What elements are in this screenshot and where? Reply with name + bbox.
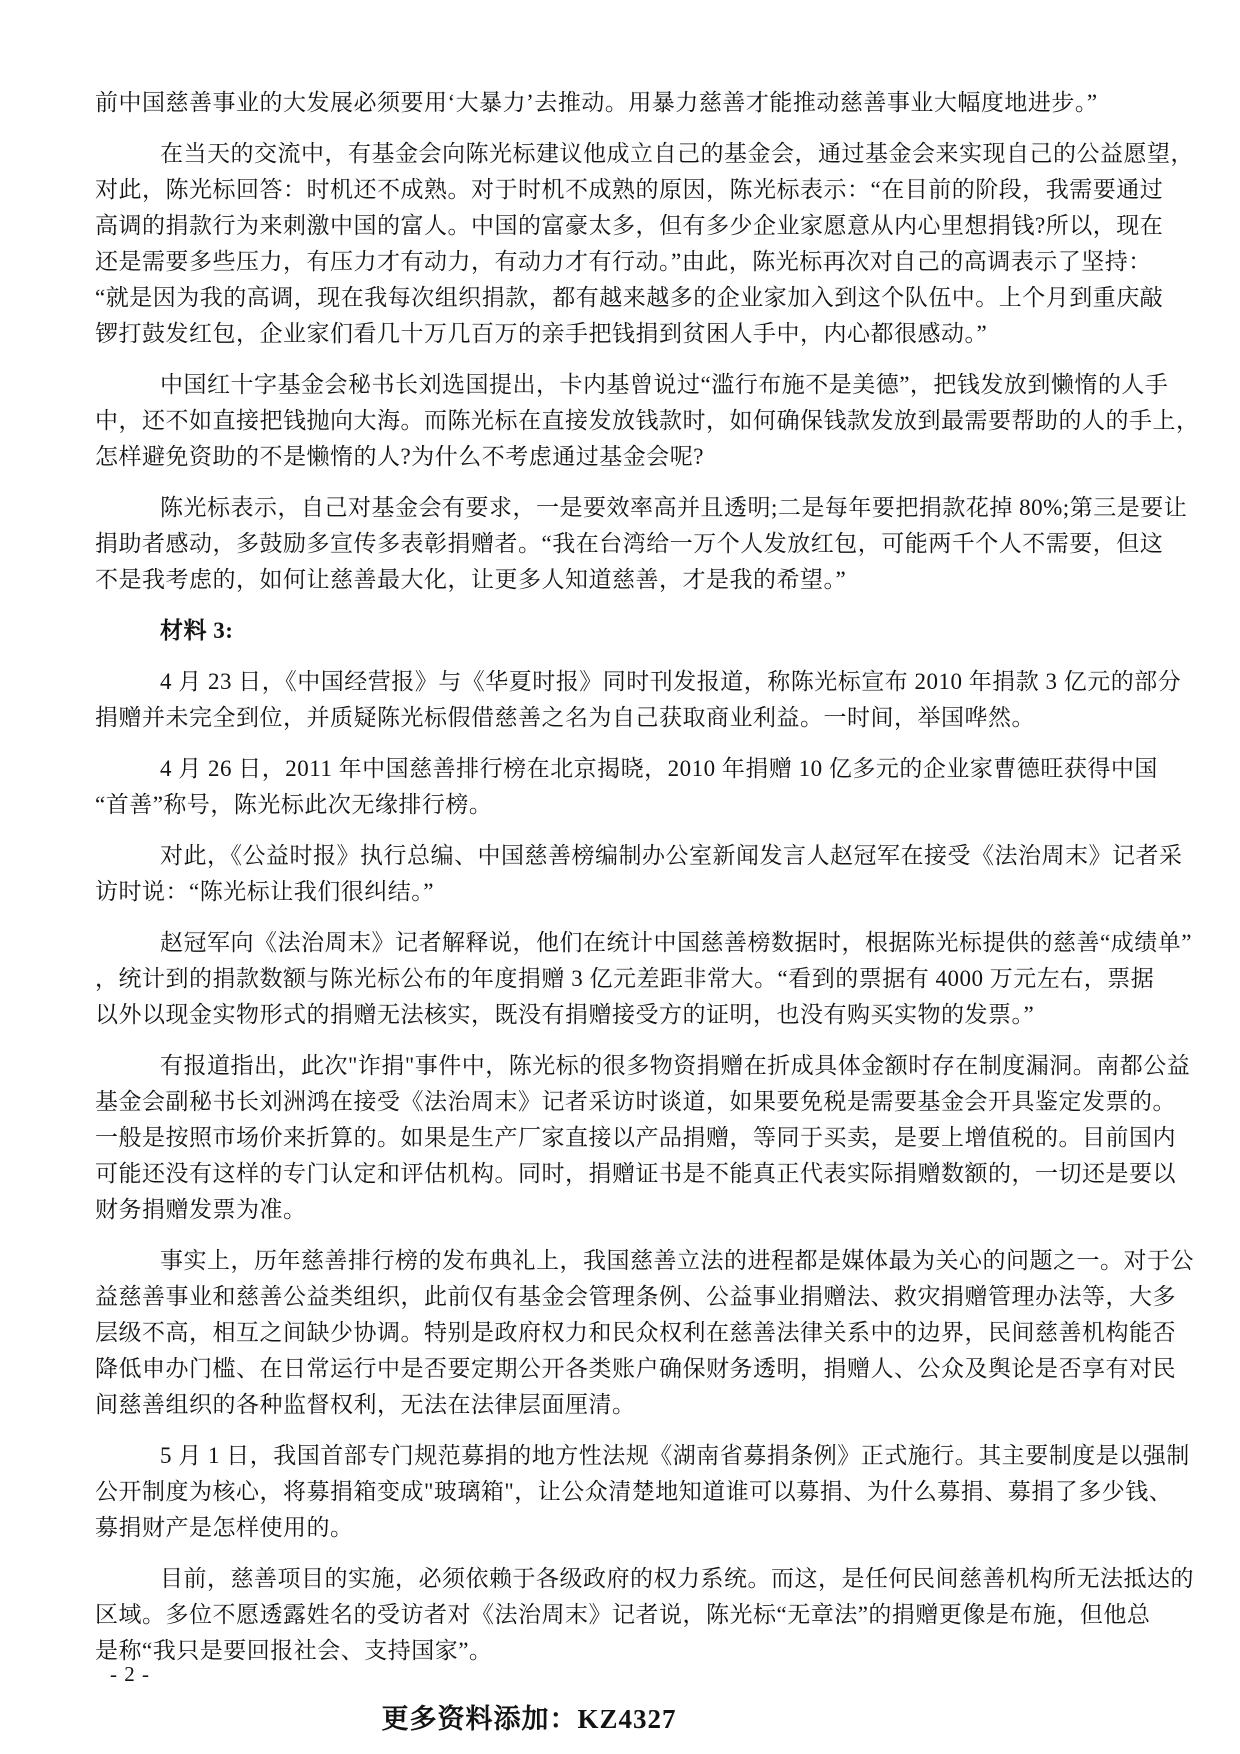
- text-line: 捐助者感动，多鼓励多宣传多表彰捐赠者。“我在台湾给一万个人发放红包，可能两千个人…: [95, 526, 1150, 562]
- text-line: 怎样避免资助的不是懒惰的人?为什么不考虑通过基金会呢?: [95, 439, 1150, 475]
- text-line: 间慈善组织的各种监督权利，无法在法律层面厘清。: [95, 1387, 1150, 1423]
- text-line: 事实上，历年慈善排行榜的发布典礼上，我国慈善立法的进程都是媒体最为关心的问题之一…: [95, 1243, 1150, 1279]
- text-line: 公开制度为核心，将募捐箱变成"玻璃箱"，让公众清楚地知道谁可以募捐、为什么募捐、…: [95, 1474, 1150, 1510]
- text-line: 陈光标表示，自己对基金会有要求，一是要效率高并且透明;二是每年要把捐款花掉 80…: [95, 490, 1150, 526]
- text-line: 访时说：“陈光标让我们很纠结。”: [95, 874, 1150, 910]
- text-line: 4 月 23 日，《中国经营报》与《华夏时报》同时刊发报道，称陈光标宣布 201…: [95, 664, 1150, 700]
- text-line: 中国红十字基金会秘书长刘选国提出，卡内基曾说过“滥行布施不是美德”，把钱发放到懒…: [95, 367, 1150, 403]
- text-line: 募捐财产是怎样使用的。: [95, 1510, 1150, 1546]
- text-line: 对此，《公益时报》执行总编、中国慈善榜编制办公室新闻发言人赵冠军在接受《法治周末…: [95, 838, 1150, 874]
- text-line: 一般是按照市场价来折算的。如果是生产厂家直接以产品捐赠，等同于买卖，是要上增值税…: [95, 1120, 1150, 1156]
- text-line: “就是因为我的高调，现在我每次组织捐款，都有越来越多的企业家加入到这个队伍中。上…: [95, 280, 1150, 316]
- text-line: 可能还没有这样的专门认定和评估机构。同时，捐赠证书是不能真正代表实际捐赠数额的，…: [95, 1156, 1150, 1192]
- text-line: 4 月 26 日，2011 年中国慈善排行榜在北京揭晓，2010 年捐赠 10 …: [95, 751, 1150, 787]
- text-line: 有报道指出，此次"诈捐"事件中，陈光标的很多物资捐赠在折成具体金额时存在制度漏洞…: [95, 1048, 1150, 1084]
- text-line: 在当天的交流中，有基金会向陈光标建议他成立自己的基金会，通过基金会来实现自己的公…: [95, 136, 1150, 172]
- paragraph: 5 月 1 日，我国首部专门规范募捐的地方性法规《湖南省募捐条例》正式施行。其主…: [95, 1438, 1150, 1546]
- text-line: 目前，慈善项目的实施，必须依赖于各级政府的权力系统。而这，是任何民间慈善机构所无…: [95, 1561, 1150, 1597]
- paragraph: 有报道指出，此次"诈捐"事件中，陈光标的很多物资捐赠在折成具体金额时存在制度漏洞…: [95, 1048, 1150, 1228]
- promo-footer: 更多资料添加：KZ4327: [0, 1703, 1058, 1735]
- text-line: 赵冠军向《法治周末》记者解释说，他们在统计中国慈善榜数据时，根据陈光标提供的慈善…: [95, 925, 1150, 961]
- page-number: - 2 -: [110, 1662, 150, 1686]
- text-line: 以外以现金实物形式的捐赠无法核实，既没有捐赠接受方的证明，也没有购买实物的发票。…: [95, 997, 1150, 1033]
- text-line: 捐赠并未完全到位，并质疑陈光标假借慈善之名为自己获取商业利益。一时间，举国哗然。: [95, 700, 1150, 736]
- text-line: 5 月 1 日，我国首部专门规范募捐的地方性法规《湖南省募捐条例》正式施行。其主…: [95, 1438, 1150, 1474]
- text-line: 层级不高，相互之间缺少协调。特别是政府权力和民众权利在慈善法律关系中的边界，民间…: [95, 1315, 1150, 1351]
- paragraph: 4 月 23 日，《中国经营报》与《华夏时报》同时刊发报道，称陈光标宣布 201…: [95, 664, 1150, 736]
- paragraph: 目前，慈善项目的实施，必须依赖于各级政府的权力系统。而这，是任何民间慈善机构所无…: [95, 1561, 1150, 1669]
- text-line: 降低申办门槛、在日常运行中是否要定期公开各类账户确保财务透明，捐赠人、公众及舆论…: [95, 1351, 1150, 1387]
- text-line: 材料 3:: [95, 613, 1150, 649]
- text-line: 高调的捐款行为来刺激中国的富人。中国的富豪太多，但有多少企业家愿意从内心里想捐钱…: [95, 208, 1150, 244]
- text-line: “首善”称号，陈光标此次无缘排行榜。: [95, 787, 1150, 823]
- text-line: 还是需要多些压力，有压力才有动力，有动力才有行动。”由此，陈光标再次对自己的高调…: [95, 244, 1150, 280]
- paragraph: 对此，《公益时报》执行总编、中国慈善榜编制办公室新闻发言人赵冠军在接受《法治周末…: [95, 838, 1150, 910]
- section-heading: 材料 3:: [95, 613, 1150, 649]
- text-line: 益慈善事业和慈善公益类组织，此前仅有基金会管理条例、公益事业捐赠法、救灾捐赠管理…: [95, 1279, 1150, 1315]
- text-line: 锣打鼓发红包，企业家们看几十万几百万的亲手把钱捐到贫困人手中，内心都很感动。”: [95, 316, 1150, 352]
- text-line: 基金会副秘书长刘洲鸿在接受《法治周末》记者采访时谈道，如果要免税是需要基金会开具…: [95, 1084, 1150, 1120]
- paragraph: 赵冠军向《法治周末》记者解释说，他们在统计中国慈善榜数据时，根据陈光标提供的慈善…: [95, 925, 1150, 1033]
- text-line: 区域。多位不愿透露姓名的受访者对《法治周末》记者说，陈光标“无章法”的捐赠更像是…: [95, 1597, 1150, 1633]
- paragraph: 陈光标表示，自己对基金会有要求，一是要效率高并且透明;二是每年要把捐款花掉 80…: [95, 490, 1150, 598]
- paragraph: 前中国慈善事业的大发展必须要用‘大暴力’去推动。用暴力慈善才能推动慈善事业大幅度…: [95, 85, 1150, 121]
- document-body: 前中国慈善事业的大发展必须要用‘大暴力’去推动。用暴力慈善才能推动慈善事业大幅度…: [95, 85, 1150, 1669]
- text-line: 不是我考虑的，如何让慈善最大化，让更多人知道慈善，才是我的希望。”: [95, 562, 1150, 598]
- text-line: 中，还不如直接把钱抛向大海。而陈光标在直接发放钱款时，如何确保钱款发放到最需要帮…: [95, 403, 1150, 439]
- paragraph: 事实上，历年慈善排行榜的发布典礼上，我国慈善立法的进程都是媒体最为关心的问题之一…: [95, 1243, 1150, 1423]
- paragraph: 4 月 26 日，2011 年中国慈善排行榜在北京揭晓，2010 年捐赠 10 …: [95, 751, 1150, 823]
- text-line: 对此，陈光标回答：时机还不成熟。对于时机不成熟的原因，陈光标表示：“在目前的阶段…: [95, 172, 1150, 208]
- text-line: 前中国慈善事业的大发展必须要用‘大暴力’去推动。用暴力慈善才能推动慈善事业大幅度…: [95, 85, 1150, 121]
- paragraph: 中国红十字基金会秘书长刘选国提出，卡内基曾说过“滥行布施不是美德”，把钱发放到懒…: [95, 367, 1150, 475]
- text-line: 财务捐赠发票为准。: [95, 1192, 1150, 1228]
- text-line: 是称“我只是要回报社会、支持国家”。: [95, 1633, 1150, 1669]
- paragraph: 在当天的交流中，有基金会向陈光标建议他成立自己的基金会，通过基金会来实现自己的公…: [95, 136, 1150, 352]
- text-line: ，统计到的捐款数额与陈光标公布的年度捐赠 3 亿元差距非常大。“看到的票据有 4…: [95, 961, 1150, 997]
